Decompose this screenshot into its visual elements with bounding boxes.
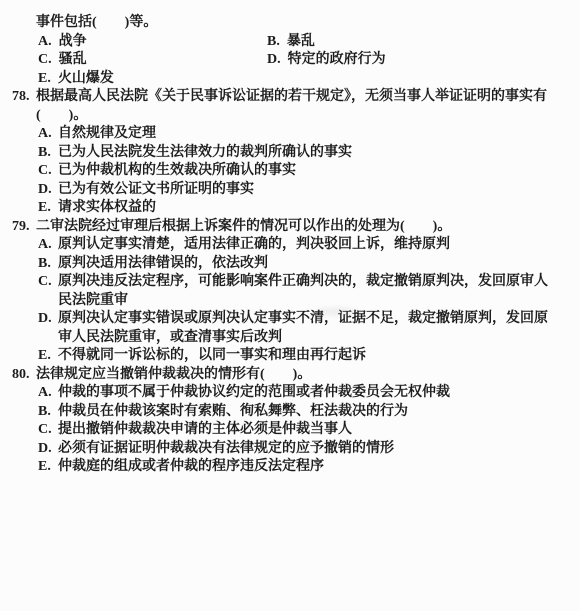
option-row: B.已为人民法院发生法律效力的裁判所确认的事实 xyxy=(0,144,580,163)
option-row: A.原判认定事实清楚，适用法律正确的，判决驳回上诉，维持原判 xyxy=(0,236,580,255)
option-text: 提出撤销仲裁裁决申请的主体必须是仲裁当事人 xyxy=(58,422,352,437)
exam-page: 事件包括( )等。 A.战争 B.暴乱 C.骚乱 D.特定的政府行为 E.火山爆… xyxy=(0,14,580,477)
option-row: C.已为仲裁机构的生效裁决所确认的事实 xyxy=(0,162,580,181)
option-text: 原判决认定事实错误或原判决认定事实不清，证据不足，裁定撤销原判，发回原审人民法院… xyxy=(58,311,548,345)
option-text: 已为仲裁机构的生效裁决所确认的事实 xyxy=(58,163,296,178)
option-text: 原判决违反法定程序，可能影响案件正确判决的，裁定撤销原判决，发回原审人民法院重审 xyxy=(58,274,548,308)
option-text: 已为有效公证文书所证明的事实 xyxy=(58,182,254,197)
option-letter: C. xyxy=(38,273,52,292)
scan-smudge-artifact xyxy=(315,307,357,316)
option-row: B.暴乱 xyxy=(267,33,558,52)
option-letter: A. xyxy=(38,384,52,403)
option-letter: B. xyxy=(38,255,51,274)
question-stem: 78.根据最高人民法院《关于民事诉讼证据的若干规定》，无须当事人举证证明的事实有… xyxy=(0,88,580,125)
option-letter: C. xyxy=(38,162,52,181)
option-letter: E. xyxy=(38,70,51,89)
question-number: 78. xyxy=(12,88,30,107)
question-stem-text: 根据最高人民法院《关于民事诉讼证据的若干规定》，无须当事人举证证明的事实有( )… xyxy=(36,89,547,123)
option-text: 仲裁员在仲裁该案时有索贿、徇私舞弊、枉法裁决的行为 xyxy=(58,404,408,419)
option-text: 骚乱 xyxy=(59,52,87,67)
option-letter: B. xyxy=(38,144,51,163)
option-text: 仲裁庭的组成或者仲裁的程序违反法定程序 xyxy=(58,459,324,474)
option-text: 请求实体权益的 xyxy=(58,200,156,215)
option-row: D.特定的政府行为 xyxy=(267,51,558,70)
option-text: 原判认定事实清楚，适用法律正确的，判决驳回上诉，维持原判 xyxy=(58,237,450,252)
option-text: 必须有证据证明仲裁裁决有法律规定的应予撤销的情形 xyxy=(58,441,394,456)
option-letter: D. xyxy=(38,181,52,200)
option-letter: E. xyxy=(38,199,51,218)
option-row: A.仲裁的事项不属于仲裁协议约定的范围或者仲裁委员会无权仲裁 xyxy=(0,384,580,403)
option-letter: A. xyxy=(38,33,52,52)
option-text: 火山爆发 xyxy=(58,71,114,86)
question-stem: 79.二审法院经过审理后根据上诉案件的情况可以作出的处理为( )。 xyxy=(0,218,580,237)
option-letter: D. xyxy=(38,310,52,329)
question-79: 79.二审法院经过审理后根据上诉案件的情况可以作出的处理为( )。 A.原判认定… xyxy=(0,218,580,366)
option-letter: B. xyxy=(267,33,280,52)
option-letter: D. xyxy=(38,440,52,459)
option-row: B.仲裁员在仲裁该案时有索贿、徇私舞弊、枉法裁决的行为 xyxy=(0,403,580,422)
option-text: 暴乱 xyxy=(287,34,315,49)
option-letter: A. xyxy=(38,125,52,144)
option-row: E.火山爆发 xyxy=(38,70,267,89)
option-letter: D. xyxy=(267,51,281,70)
option-row: E.不得就同一诉讼标的，以同一事实和理由再行起诉 xyxy=(0,347,580,366)
question-80: 80.法律规定应当撤销仲裁裁决的情形有( )。 A.仲裁的事项不属于仲裁协议约定… xyxy=(0,366,580,477)
option-letter: B. xyxy=(38,403,51,422)
option-row: D.必须有证据证明仲裁裁决有法律规定的应予撤销的情形 xyxy=(0,440,580,459)
option-letter: A. xyxy=(38,236,52,255)
option-row: E.仲裁庭的组成或者仲裁的程序违反法定程序 xyxy=(0,458,580,477)
question-78: 78.根据最高人民法院《关于民事诉讼证据的若干规定》，无须当事人举证证明的事实有… xyxy=(0,88,580,218)
option-text: 自然规律及定理 xyxy=(58,126,156,141)
option-letter: E. xyxy=(38,458,51,477)
option-row: E.请求实体权益的 xyxy=(0,199,580,218)
question-stem: 事件包括( )等。 xyxy=(0,14,580,33)
question-stem-text: 法律规定应当撤销仲裁裁决的情形有( )。 xyxy=(36,367,311,382)
question-number: 80. xyxy=(12,366,30,385)
option-grid-two-column: A.战争 B.暴乱 C.骚乱 D.特定的政府行为 E.火山爆发 xyxy=(38,33,580,89)
option-row: D.已为有效公证文书所证明的事实 xyxy=(0,181,580,200)
option-row: B.原判决适用法律错误的，依法改判 xyxy=(0,255,580,274)
option-row: C.原判决违反法定程序，可能影响案件正确判决的，裁定撤销原判决，发回原审人民法院… xyxy=(0,273,580,310)
option-letter: E. xyxy=(38,347,51,366)
question-stem-text: 二审法院经过审理后根据上诉案件的情况可以作出的处理为( )。 xyxy=(36,219,451,234)
option-row: C.提出撤销仲裁裁决申请的主体必须是仲裁当事人 xyxy=(0,421,580,440)
option-text: 不得就同一诉讼标的，以同一事实和理由再行起诉 xyxy=(58,348,366,363)
option-text: 仲裁的事项不属于仲裁协议约定的范围或者仲裁委员会无权仲裁 xyxy=(58,385,450,400)
option-row: D.原判决认定事实错误或原判决认定事实不清，证据不足，裁定撤销原判，发回原审人民… xyxy=(0,310,580,347)
option-row: A.自然规律及定理 xyxy=(0,125,580,144)
option-text: 战争 xyxy=(59,34,87,49)
question-77-continuation: 事件包括( )等。 A.战争 B.暴乱 C.骚乱 D.特定的政府行为 E.火山爆… xyxy=(0,14,580,88)
option-row: A.战争 xyxy=(38,33,267,52)
option-letter: C. xyxy=(38,421,52,440)
question-stem: 80.法律规定应当撤销仲裁裁决的情形有( )。 xyxy=(0,366,580,385)
question-number: 79. xyxy=(12,218,30,237)
option-text: 特定的政府行为 xyxy=(288,52,386,67)
option-letter: C. xyxy=(38,51,52,70)
option-text: 原判决适用法律错误的，依法改判 xyxy=(58,256,268,271)
option-row: C.骚乱 xyxy=(38,51,267,70)
option-text: 已为人民法院发生法律效力的裁判所确认的事实 xyxy=(58,145,352,160)
